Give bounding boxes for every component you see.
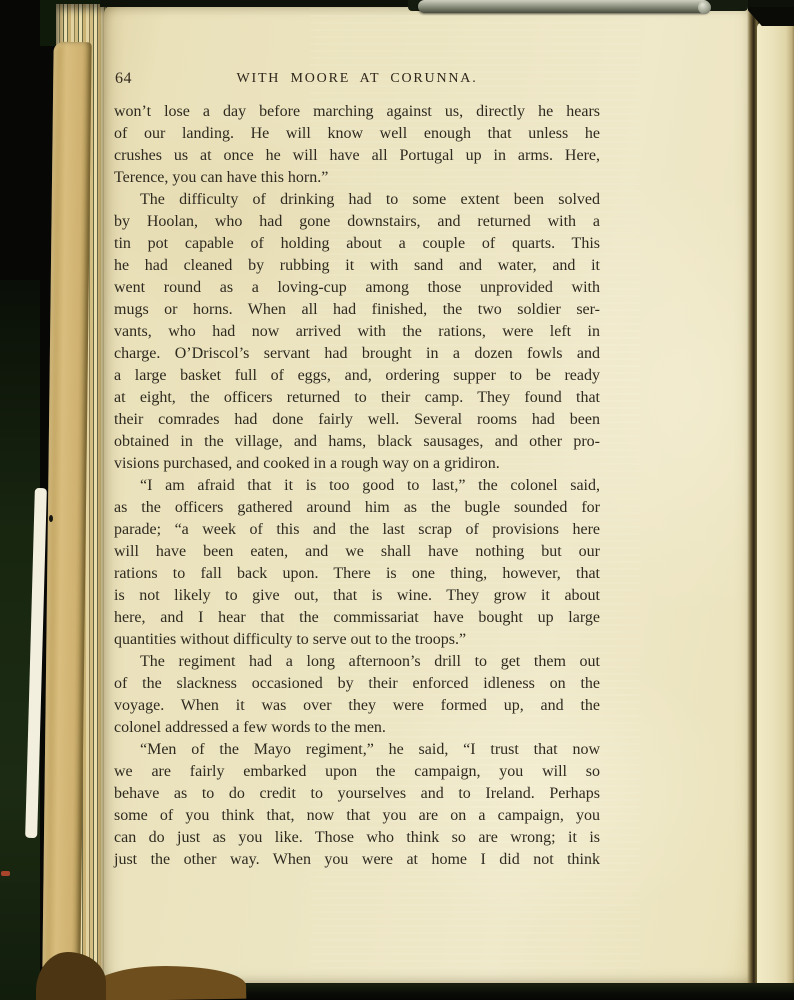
running-title: WITH MOORE AT CORUNNA. (114, 71, 600, 87)
text-line: visions purchased, and cooked in a rough… (114, 453, 600, 475)
text-line: a large basket full of eggs, and, orderi… (114, 365, 600, 387)
page-header: 64 WITH MOORE AT CORUNNA. (114, 70, 600, 92)
next-page-edge (757, 22, 794, 988)
text-line: obtained in the village, and hams, black… (114, 431, 600, 453)
text-line: rations to fall back upon. There is one … (114, 563, 600, 585)
text-line: here, and I hear that the commissariat h… (114, 607, 600, 629)
text-line: tin pot capable of holding about a coupl… (114, 233, 600, 255)
body-text: won’t lose a day before marching against… (114, 101, 600, 871)
text-line: crushes us at once he will have all Port… (114, 145, 600, 167)
text-line: just the other way. When you were at hom… (114, 849, 600, 871)
text-line: quantities without difficulty to serve o… (114, 629, 600, 651)
text-line: won’t lose a day before marching against… (114, 101, 600, 123)
text-line: at eight, the officers returned to their… (114, 387, 600, 409)
paper-speck (49, 515, 53, 522)
text-line: he had cleaned by rubbing it with sand a… (114, 255, 600, 277)
text-line: of our landing. He will know well enough… (114, 123, 600, 145)
text-line: their comrades had done fairly well. Sev… (114, 409, 600, 431)
text-line: can do just as you like. Those who think… (114, 827, 600, 849)
text-line: by Hoolan, who had gone downstairs, and … (114, 211, 600, 233)
text-line: The regiment had a long afternoon’s dril… (114, 651, 600, 673)
text-line: charge. O’Driscol’s servant had brought … (114, 343, 600, 365)
text-line: parade; “a week of this and the last scr… (114, 519, 600, 541)
scanner-clamp-knob (698, 1, 711, 14)
text-line: voyage. When it was over they were forme… (114, 695, 600, 717)
text-line: as the officers gathered around him as t… (114, 497, 600, 519)
text-line: is not likely to give out, that is wine.… (114, 585, 600, 607)
scanner-clamp-bar (418, 0, 710, 13)
text-line: Terence, you can have this horn.” (114, 167, 600, 189)
text-line: behave as to do credit to yourselves and… (114, 783, 600, 805)
text-line: “I am afraid that it is too good to last… (114, 475, 600, 497)
text-line: The difficulty of drinking had to some e… (114, 189, 600, 211)
text-line: we are fairly embarked upon the campaign… (114, 761, 600, 783)
red-mark (1, 871, 10, 876)
text-line: of the slackness occasioned by their enf… (114, 673, 600, 695)
book-scan-photo: 64 WITH MOORE AT CORUNNA. won’t lose a d… (0, 0, 794, 1000)
text-line: “Men of the Mayo regiment,” he said, “I … (114, 739, 600, 761)
text-line: will have been eaten, and we shall have … (114, 541, 600, 563)
text-line: mugs or horns. When all had finished, th… (114, 299, 600, 321)
text-line: colonel addressed a few words to the men… (114, 717, 600, 739)
text-line: vants, who had now arrived with the rati… (114, 321, 600, 343)
text-line: went round as a loving-cup among those u… (114, 277, 600, 299)
text-line: some of you think that, now that you are… (114, 805, 600, 827)
